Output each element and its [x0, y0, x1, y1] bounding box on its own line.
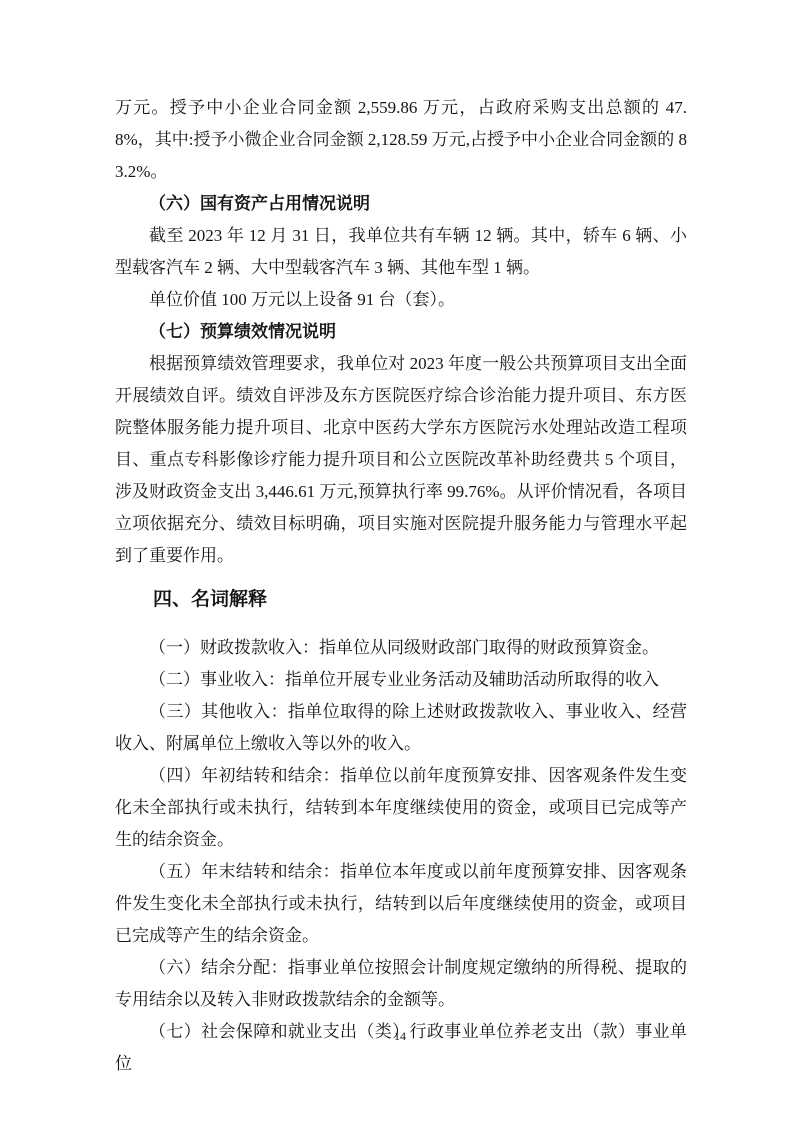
document-content: 万元。授予中小企业合同金额 2,559.86 万元，占政府采购支出总额的 47.… [115, 92, 687, 1080]
glossary-item-2-operational-income: （二）事业收入：指单位开展专业业务活动及辅助活动所取得的收入 [115, 664, 687, 696]
paragraph-vehicles: 截至 2023 年 12 月 31 日，我单位共有车辆 12 辆。其中，轿车 6… [115, 220, 687, 284]
heading-state-owned-assets: （六）国有资产占用情况说明 [115, 188, 687, 220]
glossary-item-3-other-income: （三）其他收入：指单位取得的除上述财政拨款收入、事业收入、经营收入、附属单位上缴… [115, 696, 687, 760]
heading-budget-performance: （七）预算绩效情况说明 [115, 316, 687, 348]
heading-glossary: 四、名词解释 [115, 584, 687, 616]
paragraph-procurement-continued: 万元。授予中小企业合同金额 2,559.86 万元，占政府采购支出总额的 47.… [115, 92, 687, 188]
page-number: 14 [0, 1028, 800, 1044]
glossary-item-4-beginning-carryover: （四）年初结转和结余：指单位以前年度预算安排、因客观条件发生变化未全部执行或未执… [115, 760, 687, 856]
paragraph-equipment: 单位价值 100 万元以上设备 91 台（套）。 [115, 284, 687, 316]
glossary-item-7-social-security-expenditure: （七）社会保障和就业支出（类）行政事业单位养老支出（款）事业单位 [115, 1016, 687, 1080]
glossary-item-5-yearend-carryover: （五）年末结转和结余：指单位本年度或以前年度预算安排、因客观条件发生变化未全部执… [115, 856, 687, 952]
paragraph-performance-evaluation: 根据预算绩效管理要求，我单位对 2023 年度一般公共预算项目支出全面开展绩效自… [115, 348, 687, 572]
glossary-item-1-fiscal-appropriation-income: （一）财政拨款收入：指单位从同级财政部门取得的财政预算资金。 [115, 632, 687, 664]
glossary-item-6-surplus-distribution: （六）结余分配：指事业单位按照会计制度规定缴纳的所得税、提取的专用结余以及转入非… [115, 952, 687, 1016]
document-page: 万元。授予中小企业合同金额 2,559.86 万元，占政府采购支出总额的 47.… [0, 0, 800, 1131]
